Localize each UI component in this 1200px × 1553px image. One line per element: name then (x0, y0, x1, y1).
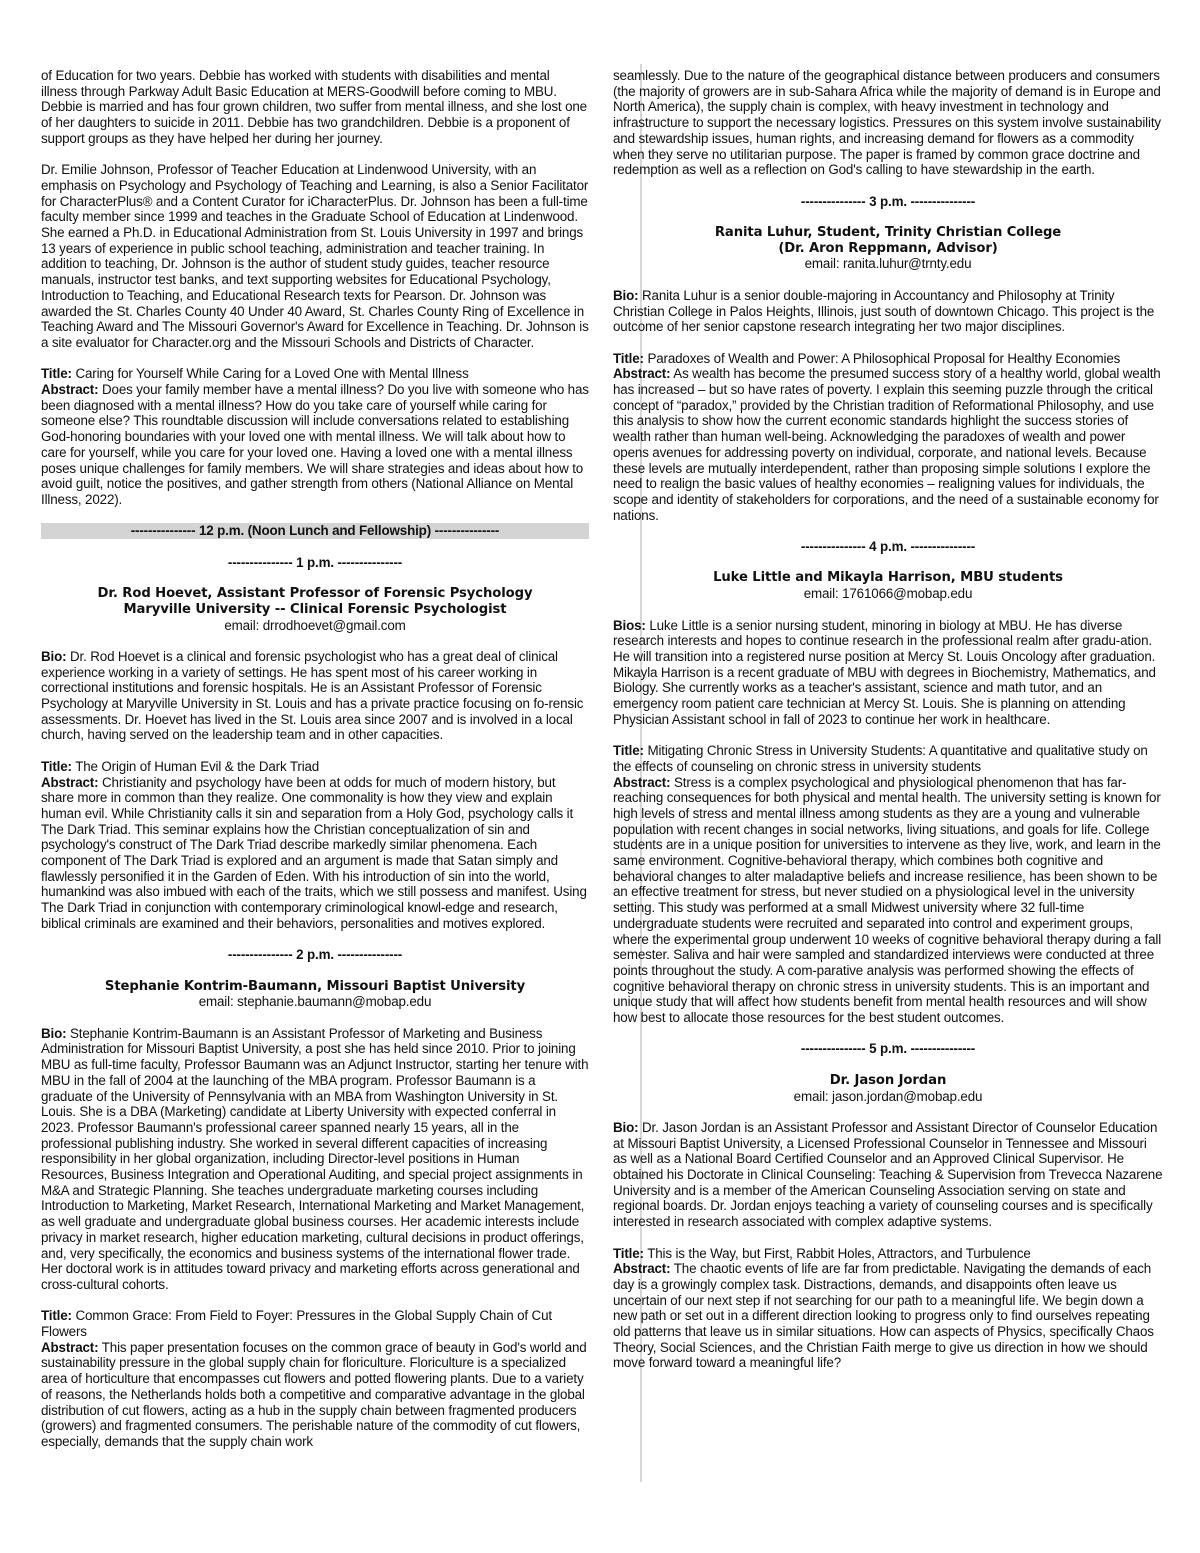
session-title-line: Title: Paradoxes of Wealth and Power: A … (613, 351, 1163, 367)
title-label: Title: (613, 743, 644, 758)
abstract-label: Abstract: (41, 775, 98, 790)
abstract-continued: seamlessly. Due to the nature of the geo… (613, 68, 1163, 178)
title-label: Title: (41, 759, 72, 774)
session-abstract: Abstract: The chaotic events of life are… (613, 1261, 1163, 1371)
speaker-block: Dr. Rod Hoevet, Assistant Professor of F… (41, 586, 589, 633)
abstract-text: Does your family member have a mental il… (41, 382, 589, 507)
session-abstract: Abstract: This paper presentation focuse… (41, 1340, 589, 1450)
time-slot-5pm: --------------- 5 p.m. --------------- (613, 1041, 1163, 1057)
right-column: seamlessly. Due to the nature of the geo… (613, 68, 1163, 1387)
speaker-email: email: drrodhoevet@gmail.com (41, 618, 589, 634)
speaker-name: Luke Little and Mikayla Harrison, MBU st… (613, 570, 1163, 586)
speaker-email: email: jason.jordan@mobap.edu (613, 1089, 1163, 1105)
speaker-bio: Bios: Luke Little is a senior nursing st… (613, 618, 1163, 728)
session-title: The Origin of Human Evil & the Dark Tria… (75, 759, 319, 774)
session-title: Common Grace: From Field to Foyer: Press… (41, 1308, 552, 1339)
session-11-talk: Title: Caring for Yourself While Caring … (41, 366, 589, 507)
speaker-name: Dr. Rod Hoevet, Assistant Professor of F… (41, 586, 589, 602)
abstract-text: Stress is a complex psychological and ph… (613, 775, 1161, 1026)
abstract-text: Christianity and psychology have been at… (41, 775, 587, 931)
time-slot-1pm: --------------- 1 p.m. --------------- (41, 555, 589, 571)
session-title-line: Title: Mitigating Chronic Stress in Univ… (613, 743, 1163, 774)
lunch-break-banner: --------------- 12 p.m. (Noon Lunch and … (41, 523, 589, 539)
session-abstract: Abstract: Christianity and psychology ha… (41, 775, 589, 932)
speaker-bio: Bio: Stephanie Kontrim-Baumann is an Ass… (41, 1026, 589, 1293)
bio-label: Bio: (41, 649, 66, 664)
bio-text: Dr. Jason Jordan is an Assistant Profess… (613, 1120, 1162, 1229)
time-slot-2pm: --------------- 2 p.m. --------------- (41, 947, 589, 963)
abstract-label: Abstract: (613, 775, 670, 790)
johnson-bio: Dr. Emilie Johnson, Professor of Teacher… (41, 162, 589, 350)
bio-text: Dr. Rod Hoevet is a clinical and forensi… (41, 649, 583, 743)
speaker-bio: Bio: Dr. Jason Jordan is an Assistant Pr… (613, 1120, 1163, 1230)
session-4pm: --------------- 4 p.m. --------------- L… (613, 539, 1163, 1026)
bio-text: Stephanie Kontrim-Baumann is an Assistan… (41, 1026, 588, 1292)
bio-label: Bios: (613, 618, 646, 633)
speaker-email: email: ranita.luhur@trnty.edu (613, 256, 1163, 272)
abstract-text: As wealth has become the presumed succes… (613, 366, 1161, 522)
speaker-email: email: 1761066@mobap.edu (613, 586, 1163, 602)
speaker-bio: Bio: Dr. Rod Hoevet is a clinical and fo… (41, 649, 589, 743)
speaker-block: Luke Little and Mikayla Harrison, MBU st… (613, 570, 1163, 601)
session-1pm: --------------- 1 p.m. --------------- D… (41, 555, 589, 932)
speaker-block: Stephanie Kontrim-Baumann, Missouri Bapt… (41, 979, 589, 1010)
bio-label: Bio: (41, 1026, 66, 1041)
session-2pm: --------------- 2 p.m. --------------- S… (41, 947, 589, 1449)
session-5pm: --------------- 5 p.m. --------------- D… (613, 1041, 1163, 1371)
abstract-label: Abstract: (613, 366, 670, 381)
bio-label: Bio: (613, 288, 638, 303)
session-title: Mitigating Chronic Stress in University … (613, 743, 1148, 774)
session-abstract: Abstract: Does your family member have a… (41, 382, 589, 508)
title-label: Title: (613, 1246, 644, 1261)
speaker-advisor: (Dr. Aron Reppmann, Advisor) (613, 241, 1163, 257)
session-abstract: Abstract: As wealth has become the presu… (613, 366, 1163, 523)
left-column: of Education for two years. Debbie has w… (41, 68, 599, 1450)
session-title: Paradoxes of Wealth and Power: A Philoso… (647, 351, 1120, 366)
speaker-email: email: stephanie.baumann@mobap.edu (41, 994, 589, 1010)
title-label: Title: (41, 366, 72, 381)
debbie-bio-continued: of Education for two years. Debbie has w… (41, 68, 589, 147)
abstract-text: The chaotic events of life are far from … (613, 1261, 1154, 1370)
program-page: of Education for two years. Debbie has w… (41, 68, 1163, 1450)
session-title: This is the Way, but First, Rabbit Holes… (647, 1246, 1031, 1261)
speaker-name: Ranita Luhur, Student, Trinity Christian… (613, 225, 1163, 241)
title-label: Title: (613, 351, 644, 366)
speaker-block: Dr. Jason Jordan email: jason.jordan@mob… (613, 1073, 1163, 1104)
session-3pm: --------------- 3 p.m. --------------- R… (613, 194, 1163, 524)
session-title-line: Title: This is the Way, but First, Rabbi… (613, 1246, 1163, 1262)
title-label: Title: (41, 1308, 72, 1323)
time-slot-4pm: --------------- 4 p.m. --------------- (613, 539, 1163, 555)
bio-text: Ranita Luhur is a senior double-majoring… (613, 288, 1154, 334)
time-slot-3pm: --------------- 3 p.m. --------------- (613, 194, 1163, 210)
speaker-bio: Bio: Ranita Luhur is a senior double-maj… (613, 288, 1163, 335)
speaker-block: Ranita Luhur, Student, Trinity Christian… (613, 225, 1163, 272)
session-title-line: Title: The Origin of Human Evil & the Da… (41, 759, 589, 775)
session-title: Caring for Yourself While Caring for a L… (75, 366, 468, 381)
abstract-label: Abstract: (41, 1340, 98, 1355)
speaker-name: Stephanie Kontrim-Baumann, Missouri Bapt… (41, 979, 589, 995)
bio-label: Bio: (613, 1120, 638, 1135)
abstract-text: This paper presentation focuses on the c… (41, 1340, 587, 1449)
speaker-affiliation: Maryville University -- Clinical Forensi… (41, 602, 589, 618)
session-title-line: Title: Caring for Yourself While Caring … (41, 366, 589, 382)
session-title-line: Title: Common Grace: From Field to Foyer… (41, 1308, 589, 1339)
speaker-name: Dr. Jason Jordan (613, 1073, 1163, 1089)
session-abstract: Abstract: Stress is a complex psychologi… (613, 775, 1163, 1026)
bio-text: Luke Little is a senior nursing student,… (613, 618, 1156, 727)
abstract-label: Abstract: (41, 382, 98, 397)
abstract-label: Abstract: (613, 1261, 670, 1276)
